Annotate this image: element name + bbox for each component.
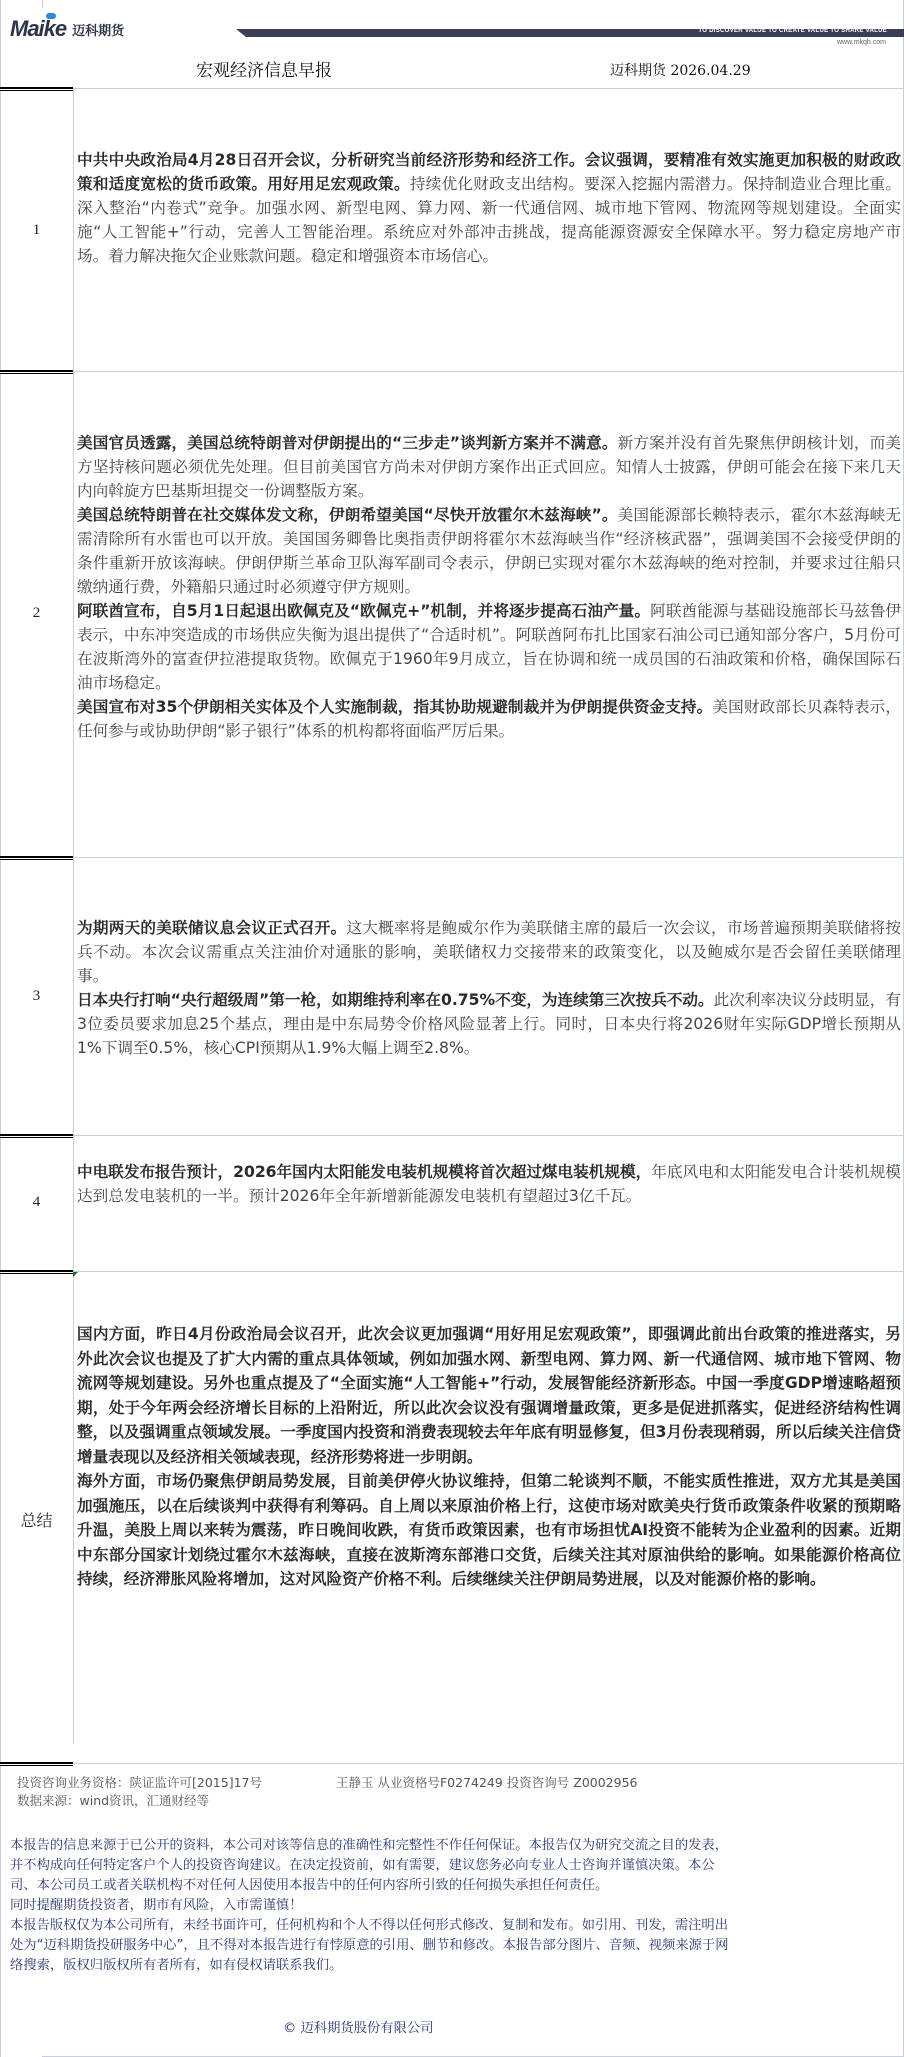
headline: 美国宣布对35个伊朗相关实体及个人实施制裁，指其协助规避制裁并为伊朗提供资金支持… [77,698,712,716]
row-divider [0,370,73,374]
issuer-date: 迈科期货 2026.04.29 [610,60,751,80]
news-cell-4: 中电联发布报告预计，2026年国内太阳能发电装机规模将首次超过煤电装机规模，年底… [77,1160,901,1208]
grid-line [73,1271,904,1272]
report-title: 宏观经济信息早报 [196,56,332,81]
risk-warning: 同时提醒期货投资者，期市有风险，入市需谨慎！ [10,1896,740,1916]
news-cell-2: 美国官员透露，美国总统特朗普对伊朗提出的“三步走”谈判新方案并不满意。新方案并没… [77,431,901,743]
headline: 美国官员透露，美国总统特朗普对伊朗提出的“三步走”谈判新方案并不满意。 [77,434,618,452]
grid-line [73,371,904,372]
disclaimer-text: 本报告的信息来源于已公开的资料，本公司对该等信息的准确性和完整性不作任何保证。本… [10,1836,740,1896]
news-paragraph: 日本央行打响“央行超级周”第一枪，如期维持利率在0.75%不变，为连续第三次按兵… [77,988,901,1060]
headline: 阿联酋宣布，自5月1日起退出欧佩克及“欧佩克+”机制，并将逐步提高石油产量。 [77,602,650,620]
row-divider [0,1134,73,1138]
data-source: 数据来源：wind资讯，汇通财经等 [17,1793,209,1808]
qualification: 投资咨询业务资格：陕证监许可[2015]17号 [17,1775,262,1790]
qualification-info: 投资咨询业务资格：陕证监许可[2015]17号 王静玉 从业资格号F027424… [17,1774,637,1810]
summary-label: 总结 [0,1508,73,1531]
news-cell-3: 为期两天的美联储议息会议正式召开。这大概率将是鲍威尔作为美联储主席的最后一次会议… [77,916,901,1060]
news-paragraph: 为期两天的美联储议息会议正式召开。这大概率将是鲍威尔作为美联储主席的最后一次会议… [77,916,901,988]
logo-dot-icon [46,13,56,19]
logo-wordmark: Maike [10,16,66,42]
row-divider [0,856,73,860]
grid-line [73,88,74,1744]
logo-chinese-name: 迈科期货 [72,20,124,39]
news-paragraph: 阿联酋宣布，自5月1日起退出欧佩克及“欧佩克+”机制，并将逐步提高石油产量。阿联… [77,599,901,695]
news-paragraph: 中电联发布报告预计，2026年国内太阳能发电装机规模将首次超过煤电装机规模，年底… [77,1160,901,1208]
news-paragraph: 美国官员透露，美国总统特朗普对伊朗提出的“三步走”谈判新方案并不满意。新方案并没… [77,431,901,503]
news-paragraph: 美国总统特朗普在社交媒体发文称，伊朗希望美国“尽快开放霍尔木兹海峡”。美国能源部… [77,503,901,599]
row-divider [0,87,73,91]
news-paragraph: 美国宣布对35个伊朗相关实体及个人实施制裁，指其协助规避制裁并为伊朗提供资金支持… [77,695,901,743]
website-url: www.mkqh.com [837,39,886,46]
headline: 中电联发布报告预计，2026年国内太阳能发电装机规模将首次超过煤电装机规模， [77,1163,651,1181]
analyst-info: 王静玉 从业资格号F0274249 投资咨询号 Z0002956 [336,1775,638,1790]
company-logo: Maike 迈科期货 [10,19,124,39]
grid-line [73,1763,904,1764]
grid-line [73,1135,904,1136]
row-number: 1 [0,222,73,239]
grid-line [42,0,43,8]
news-paragraph: 中共中央政治局4月28日召开会议，分析研究当前经济形势和经济工作。会议强调，要精… [77,148,901,268]
summary-cell: 国内方面，昨日4月份政治局会议召开，此次会议更加强调“用好用足宏观政策”，即强调… [77,1322,901,1592]
summary-domestic: 国内方面，昨日4月份政治局会议召开，此次会议更加强调“用好用足宏观政策”，即强调… [77,1322,901,1469]
copyright-notice: 本报告版权仅为本公司所有，未经书面许可，任何机构和个人不得以任何形式修改、复制和… [10,1916,740,1976]
row-divider [0,1762,73,1766]
grid-line [73,88,904,89]
copyright: © 迈科期货股份有限公司 [283,2017,434,2036]
disclaimer: 本报告的信息来源于已公开的资料，本公司对该等信息的准确性和完整性不作任何保证。本… [10,1836,740,1976]
headline: 美国总统特朗普在社交媒体发文称，伊朗希望美国“尽快开放霍尔木兹海峡”。 [77,506,618,524]
row-number: 2 [0,605,73,622]
slogan: TO DISCOVER VALUE TO CREATE VALUE TO SHA… [698,28,887,34]
news-cell-1: 中共中央政治局4月28日召开会议，分析研究当前经济形势和经济工作。会议强调，要精… [77,148,901,268]
row-number: 3 [0,988,73,1005]
cell-comment-marker [73,1272,78,1277]
headline: 为期两天的美联储议息会议正式召开。 [77,919,346,937]
row-divider [0,1270,73,1274]
grid-line [73,857,904,858]
headline: 日本央行打响“央行超级周”第一枪，如期维持利率在0.75%不变，为连续第三次按兵… [77,991,714,1009]
row-number: 4 [0,1194,73,1211]
grid-line [0,0,1,2057]
summary-overseas: 海外方面，市场仍聚焦伊朗局势发展，目前美伊停火协议维持，但第二轮谈判不顺，不能实… [77,1469,901,1592]
